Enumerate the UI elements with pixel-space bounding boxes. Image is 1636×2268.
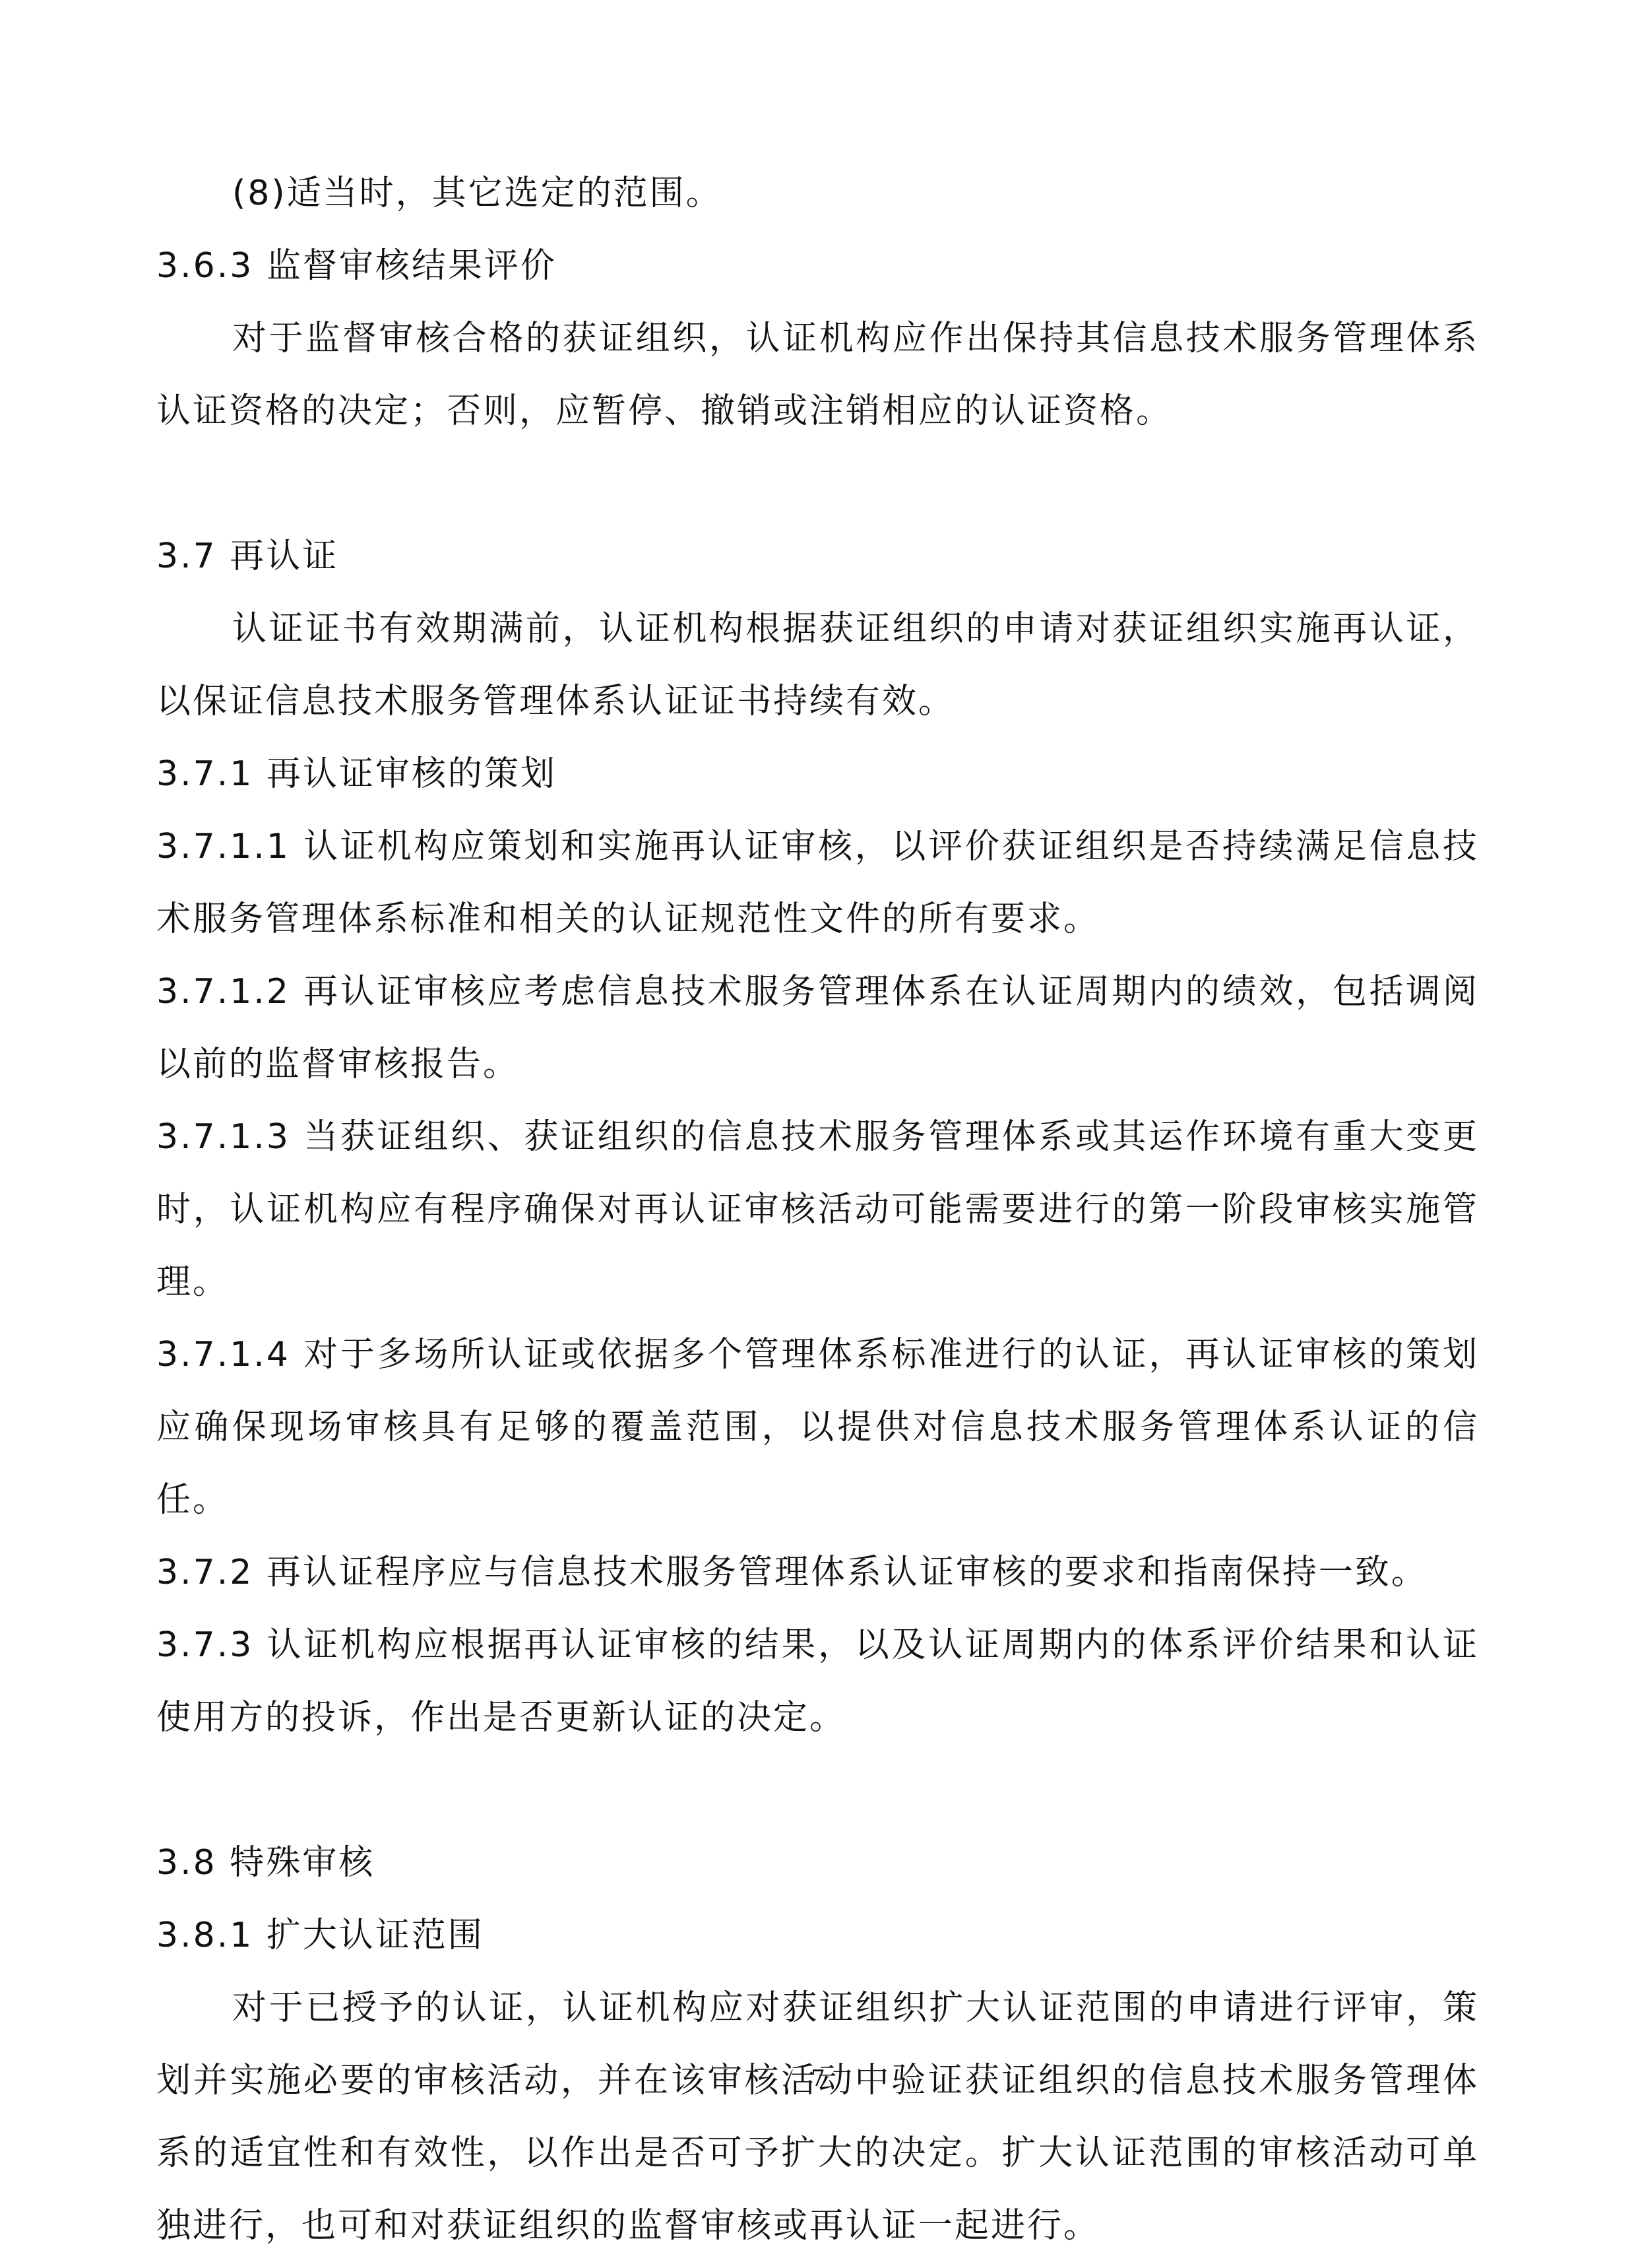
paragraph-3-7-1-2: 3.7.1.2 再认证审核应考虑信息技术服务管理体系在认证周期内的绩效，包括调阅…	[156, 956, 1479, 1101]
heading-3-7: 3.7 再认证	[156, 520, 1479, 593]
paragraph-3-7-2: 3.7.2 再认证程序应与信息技术服务管理体系认证审核的要求和指南保持一致。	[156, 1536, 1479, 1609]
paragraph-3-7-1-4: 3.7.1.4 对于多场所认证或依据多个管理体系标准进行的认证，再认证审核的策划…	[156, 1318, 1479, 1536]
heading-3-7-1: 3.7.1 再认证审核的策划	[156, 738, 1479, 810]
paragraph-scope-extension: 对于已授予的认证，认证机构应对获证组织扩大认证范围的申请进行评审，策划并实施必要…	[156, 1972, 1479, 2262]
paragraph-item-8: (8)适当时，其它选定的范围。	[156, 157, 1479, 230]
document-page: (8)适当时，其它选定的范围。 3.6.3 监督审核结果评价 对于监督审核合格的…	[156, 157, 1479, 2262]
paragraph-recertification-intro: 认证证书有效期满前，认证机构根据获证组织的申请对获证组织实施再认证，以保证信息技…	[156, 593, 1479, 738]
blank-line	[156, 1754, 1479, 1827]
heading-3-8: 3.8 特殊审核	[156, 1827, 1479, 1899]
heading-3-8-1: 3.8.1 扩大认证范围	[156, 1899, 1479, 1972]
paragraph-surveillance-result: 对于监督审核合格的获证组织，认证机构应作出保持其信息技术服务管理体系认证资格的决…	[156, 302, 1479, 447]
paragraph-3-7-1-3: 3.7.1.3 当获证组织、获证组织的信息技术服务管理体系或其运作环境有重大变更…	[156, 1101, 1479, 1318]
page-number: 7	[0, 2065, 1636, 2092]
paragraph-3-7-1-1: 3.7.1.1 认证机构应策划和实施再认证审核，以评价获证组织是否持续满足信息技…	[156, 810, 1479, 956]
heading-3-6-3: 3.6.3 监督审核结果评价	[156, 230, 1479, 302]
paragraph-3-7-3: 3.7.3 认证机构应根据再认证审核的结果，以及认证周期内的体系评价结果和认证使…	[156, 1609, 1479, 1754]
blank-line	[156, 447, 1479, 520]
